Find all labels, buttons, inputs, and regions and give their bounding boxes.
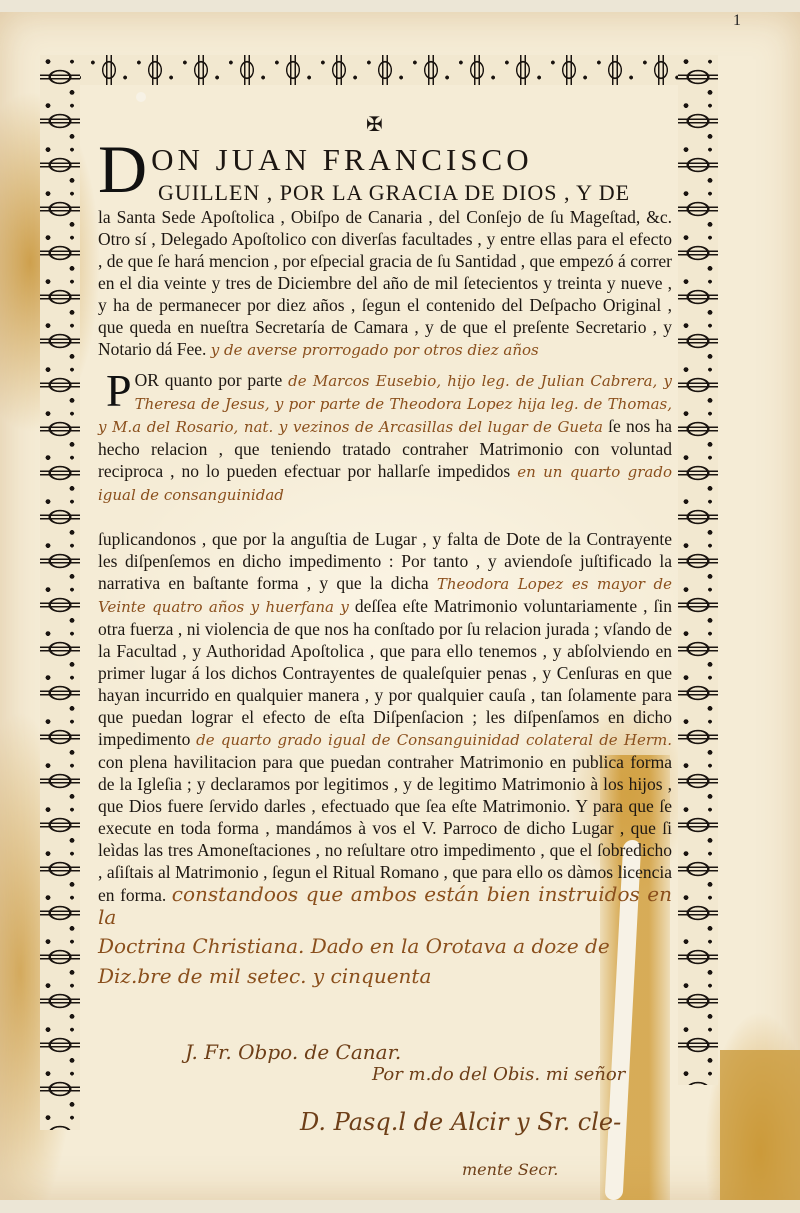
manuscript-closing-2: Doctrina Christiana. Dado en la Orotava … (98, 935, 672, 957)
bishop-signature: J. Fr. Obpo. de Canar. (185, 1040, 401, 1064)
manuscript-dispensation-degree: de quarto grado igual de Consanguinidad … (196, 731, 672, 749)
secretary-signature-2: mente Secr. (462, 1160, 558, 1179)
preamble-text: la Santa Sede Apoſtolica , Obiſpo de Can… (98, 207, 672, 359)
heading: D ON JUAN FRANCISCO GUILLEN , POR LA GRA… (98, 140, 672, 206)
dispensation-paragraph: ſuplicandonos , que por la anguſtia de L… (98, 528, 672, 929)
wormhole (136, 92, 146, 102)
manuscript-groom: de Marcos Eusebio, hijo leg. de Julian (288, 372, 584, 390)
heading-line-1: ON JUAN FRANCISCO (98, 140, 672, 180)
ornamental-border-top (40, 55, 718, 85)
manuscript-date: Diz.bre de mil setec. y cinquenta (98, 965, 672, 987)
heading-dropcap: D (98, 142, 147, 196)
secretary-signature: D. Pasq.l de Alcir y Sr. cle- (300, 1108, 621, 1136)
absolution-print: deſſea eſte Matrimonio voluntariamente ,… (98, 596, 672, 749)
document-body: D ON JUAN FRANCISCO GUILLEN , POR LA GRA… (98, 140, 672, 987)
mandate-signature-line: Por m.do del Obis. mi señor (372, 1064, 625, 1085)
ornamental-border-right (678, 55, 718, 1085)
heading-line-2: GUILLEN , POR LA GRACIA DE DIOS , Y DE (98, 180, 672, 206)
cross-icon: ✠ (366, 112, 383, 137)
opening-print: OR quanto por parte (135, 370, 283, 390)
petition-paragraph: P OR quanto por parte de Marcos Eusebio,… (98, 369, 672, 506)
body-dropcap: P (106, 371, 132, 411)
preamble-paragraph: la Santa Sede Apoſtolica , Obiſpo de Can… (98, 206, 672, 361)
ornamental-border-left (40, 55, 80, 1130)
page-number: 1 (733, 12, 741, 30)
manuscript-closing-1: constandoos que ambos están bien instrui… (98, 882, 672, 929)
manuscript-extension-note: y de averse prorrogado por otros diez añ… (211, 341, 539, 359)
corner-stain (720, 1050, 800, 1200)
